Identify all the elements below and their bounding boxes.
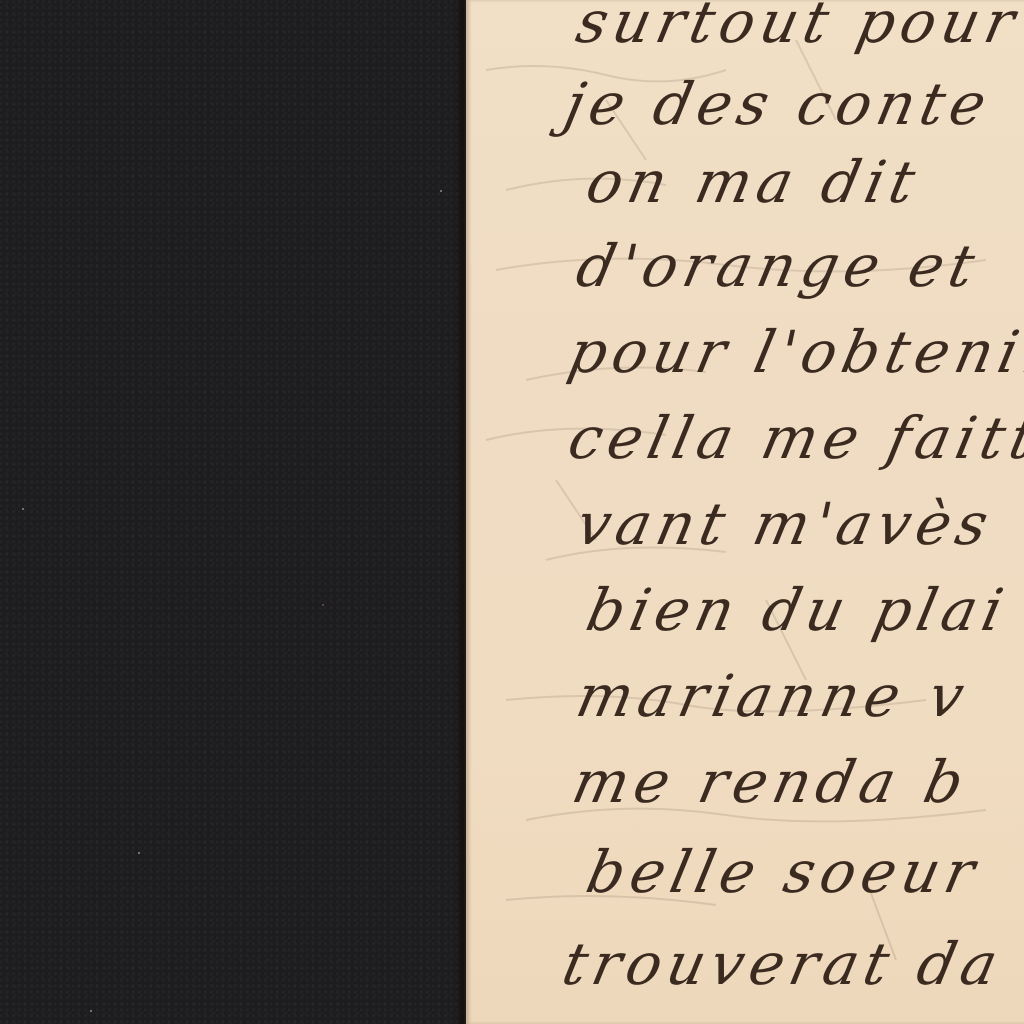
handwritten-line: vant m'avès — [571, 490, 1000, 558]
dust-speck — [322, 604, 324, 606]
handwritten-line: pour l'obtenir — [563, 318, 1024, 386]
handwritten-line: d'orange et — [571, 232, 987, 300]
handwritten-line: je des conte — [559, 70, 998, 138]
dust-speck — [22, 508, 24, 510]
handwritten-line: surtout pour — [571, 0, 1024, 56]
handwritten-line: trouverat da — [557, 930, 1010, 998]
document-scan: surtout pour je des conte on ma dit d'or… — [0, 0, 1024, 1024]
handwritten-line: bien du plai — [581, 576, 1015, 644]
dust-speck — [440, 190, 442, 192]
handwritten-line: marianne v — [571, 662, 976, 730]
handwritten-line: cella me faitt — [563, 404, 1024, 472]
dark-backing-board — [0, 0, 466, 1024]
dust-speck — [90, 1010, 92, 1012]
dust-speck — [138, 852, 140, 854]
handwritten-line: on ma dit — [581, 148, 927, 216]
handwritten-line: belle soeur — [581, 838, 987, 906]
handwritten-line: me renda b — [567, 748, 976, 816]
letter-page: surtout pour je des conte on ma dit d'or… — [466, 0, 1024, 1024]
